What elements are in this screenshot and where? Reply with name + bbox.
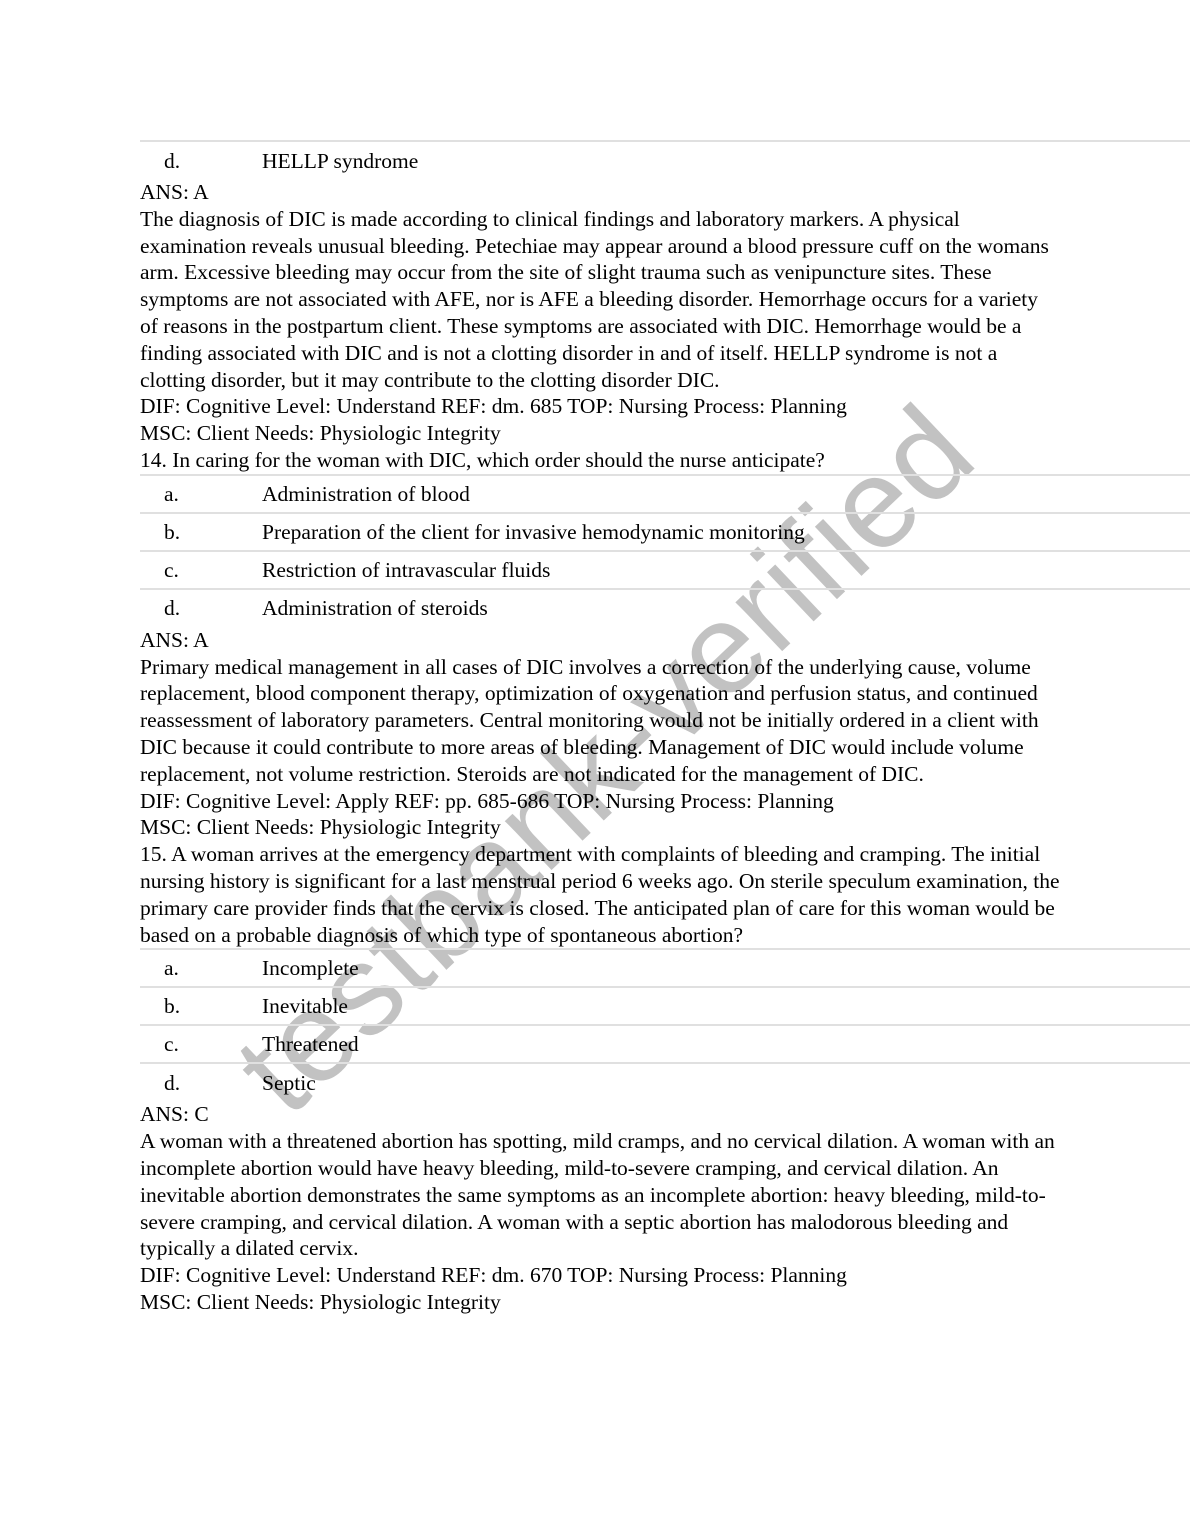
option-text: Preparation of the client for invasive h…	[262, 513, 1190, 551]
option-row: d. HELLP syndrome	[140, 141, 1190, 179]
options-table: a. Incomplete b. Inevitable c. Threatene…	[140, 948, 1190, 1101]
option-letter: b.	[140, 987, 262, 1025]
answer-key: ANS: C	[140, 1101, 1190, 1128]
option-text: Restriction of intravascular fluids	[262, 551, 1190, 589]
option-row: c. Threatened	[140, 1025, 1190, 1063]
option-letter: a.	[140, 475, 262, 513]
option-letter: c.	[140, 1025, 262, 1063]
dif-metadata: DIF: Cognitive Level: Understand REF: dm…	[140, 1262, 1190, 1289]
question-14: 14. In caring for the woman with DIC, wh…	[140, 447, 1190, 841]
option-letter: d.	[140, 141, 262, 179]
option-text: Septic	[262, 1063, 1190, 1101]
option-text: Threatened	[262, 1025, 1190, 1063]
option-letter: b.	[140, 513, 262, 551]
question-stem: 15. A woman arrives at the emergency dep…	[140, 841, 1060, 948]
msc-metadata: MSC: Client Needs: Physiologic Integrity	[140, 814, 1190, 841]
rationale: A woman with a threatened abortion has s…	[140, 1128, 1060, 1262]
option-text: HELLP syndrome	[262, 141, 1190, 179]
option-letter: c.	[140, 551, 262, 589]
options-table: d. HELLP syndrome	[140, 140, 1190, 179]
rationale: Primary medical management in all cases …	[140, 654, 1060, 788]
option-text: Administration of steroids	[262, 589, 1190, 627]
question-stem: 14. In caring for the woman with DIC, wh…	[140, 447, 1060, 474]
option-letter: a.	[140, 949, 262, 987]
question-15: 15. A woman arrives at the emergency dep…	[140, 841, 1190, 1316]
option-row: b. Preparation of the client for invasiv…	[140, 513, 1190, 551]
option-text: Inevitable	[262, 987, 1190, 1025]
option-row: b. Inevitable	[140, 987, 1190, 1025]
option-letter: d.	[140, 1063, 262, 1101]
question-13-tail: d. HELLP syndrome ANS: A The diagnosis o…	[140, 140, 1190, 447]
option-row: d. Administration of steroids	[140, 589, 1190, 627]
msc-metadata: MSC: Client Needs: Physiologic Integrity	[140, 420, 1190, 447]
options-table: a. Administration of blood b. Preparatio…	[140, 474, 1190, 627]
document-page: d. HELLP syndrome ANS: A The diagnosis o…	[140, 140, 1190, 1316]
dif-metadata: DIF: Cognitive Level: Apply REF: pp. 685…	[140, 788, 1190, 815]
option-text: Incomplete	[262, 949, 1190, 987]
option-row: a. Administration of blood	[140, 475, 1190, 513]
option-row: c. Restriction of intravascular fluids	[140, 551, 1190, 589]
option-row: a. Incomplete	[140, 949, 1190, 987]
dif-metadata: DIF: Cognitive Level: Understand REF: dm…	[140, 393, 1190, 420]
answer-key: ANS: A	[140, 627, 1190, 654]
answer-key: ANS: A	[140, 179, 1190, 206]
option-text: Administration of blood	[262, 475, 1190, 513]
option-letter: d.	[140, 589, 262, 627]
msc-metadata: MSC: Client Needs: Physiologic Integrity	[140, 1289, 1190, 1316]
option-row: d. Septic	[140, 1063, 1190, 1101]
rationale: The diagnosis of DIC is made according t…	[140, 206, 1060, 394]
